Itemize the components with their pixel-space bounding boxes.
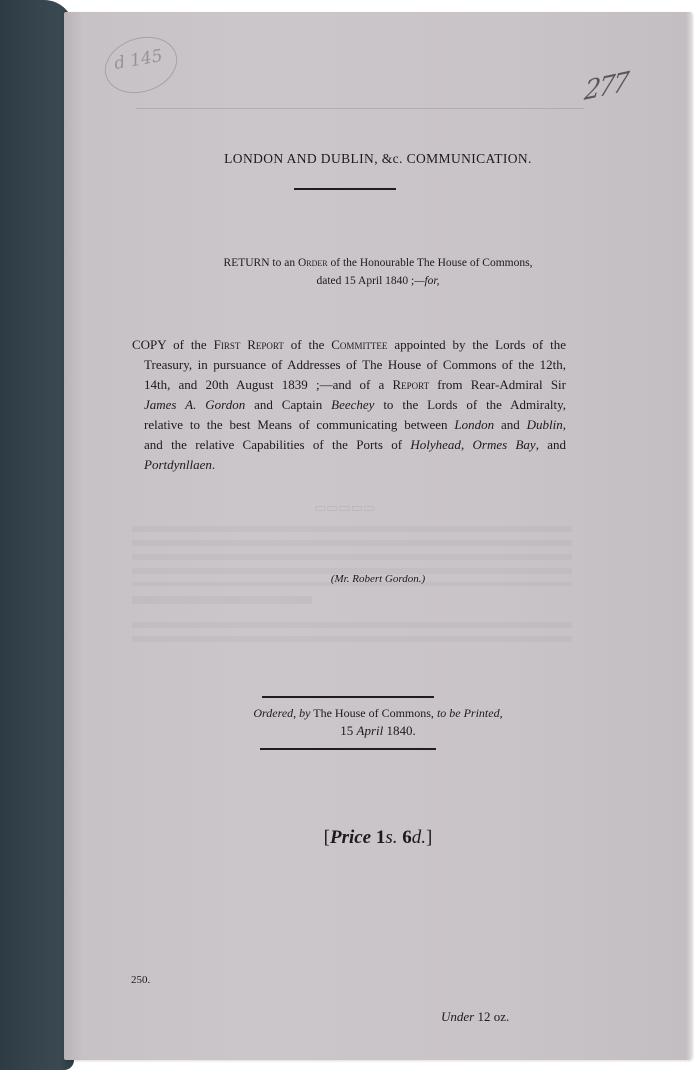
ordered-bottom-rule: [260, 748, 436, 750]
copy-paragraph: COPY of the First Report of the Committe…: [132, 335, 566, 475]
document-page: ▭▭▭▭▭ d 145 277 LONDON AND DUBLIN, &c. C…: [64, 12, 692, 1060]
order-word: Order: [298, 257, 328, 269]
price-label: [Price 1s. 6d.]: [64, 827, 692, 849]
show-through-block: [132, 622, 572, 644]
copy-paragraph-line: Portdynllaen.: [132, 455, 566, 475]
sessional-number: 250.: [131, 974, 150, 986]
copy-paragraph-line: COPY of the First Report of the Committe…: [132, 335, 566, 355]
handwritten-folio-number: 277: [583, 67, 629, 107]
document-title: LONDON AND DUBLIN, &c. COMMUNICATION.: [64, 151, 692, 167]
copy-paragraph-line: and the relative Capabilities of the Por…: [132, 435, 566, 455]
copy-paragraph-line: Treasury, in pursuance of Addresses of T…: [132, 355, 566, 375]
show-through-text: ▭▭▭▭▭: [314, 500, 375, 516]
faint-top-rule: [136, 108, 584, 109]
ordered-line1: Ordered, by The House of Commons, to be …: [64, 706, 692, 721]
copy-paragraph-line: relative to the best Means of communicat…: [132, 415, 566, 435]
mover-name: (Mr. Robert Gordon.): [64, 573, 692, 585]
scanned-document-scene: ▭▭▭▭▭ d 145 277 LONDON AND DUBLIN, &c. C…: [0, 0, 700, 1084]
ordered-top-rule: [262, 696, 434, 698]
weight-note: Under 12 oz.: [441, 1009, 509, 1025]
show-through-block: [132, 596, 312, 604]
return-word: RETURN: [224, 257, 270, 269]
title-underline: [294, 188, 396, 190]
copy-paragraph-line: James A. Gordon and Captain Beechey to t…: [132, 395, 566, 415]
return-notice-line1: RETURN to an Order of the Honourable The…: [64, 257, 692, 269]
return-notice-line2: dated 15 April 1840 ;—for,: [64, 275, 692, 287]
ordered-date: 15 April 1840.: [64, 723, 692, 739]
copy-paragraph-line: 14th, and 20th August 1839 ;—and of a Re…: [132, 375, 566, 395]
book-binding-cover: [0, 0, 74, 1070]
